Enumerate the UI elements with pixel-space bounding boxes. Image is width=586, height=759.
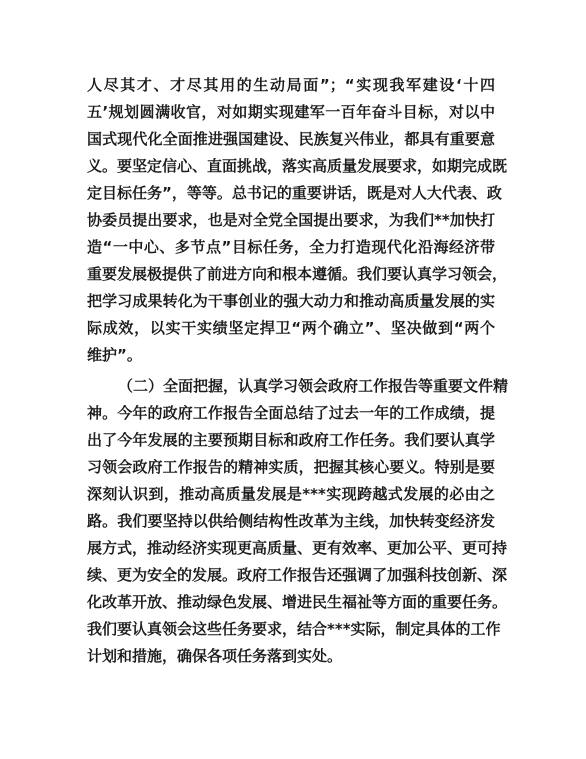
text-line: 计划和措施，确保各项任务落到实处。 [87, 643, 495, 670]
text-line: 国式现代化全面推进强国建设、民族复兴伟业，都具有重要意 [87, 126, 495, 153]
text-line: 义。要坚定信心、直面挑战，落实高质量发展要求，如期完成既 [87, 153, 495, 180]
text-line: 际成效，以实干实绩坚定捍卫“两个确立”、坚决做到“两个 [87, 315, 495, 342]
text-line: 续、更为安全的发展。政府工作报告还强调了加强科技创新、深 [87, 562, 495, 589]
text-line: 展方式，推动经济实现更高质量、更有效率、更加公平、更可持 [87, 535, 495, 562]
paragraph-2: （二）全面把握，认真学习领会政府工作报告等重要文件精 神。今年的政府工作报告全面… [87, 373, 495, 670]
text-line: 重要发展极提供了前进方向和根本遵循。我们要认真学习领会， [87, 261, 495, 288]
text-line: 深刻认识到，推动高质量发展是***实现跨越式发展的必由之 [87, 481, 495, 508]
text-line: 把学习成果转化为干事创业的强大动力和推动高质量发展的实 [87, 288, 495, 315]
text-line: 出了今年发展的主要预期目标和政府工作任务。我们要认真学 [87, 427, 495, 454]
paragraph-1: 人尽其才、才尽其用的生动局面”；“实现我军建设‘十四 五’规划圆满收官，对如期实… [87, 72, 495, 369]
text-line: 协委员提出要求，也是对全党全国提出要求，为我们**加快打 [87, 207, 495, 234]
text-line: 神。今年的政府工作报告全面总结了过去一年的工作成绩，提 [87, 400, 495, 427]
section-heading-line: （二）全面把握，认真学习领会政府工作报告等重要文件精 [87, 373, 495, 400]
text-line: 路。我们要坚持以供给侧结构性改革为主线，加快转变经济发 [87, 508, 495, 535]
text-line: 习领会政府工作报告的精神实质，把握其核心要义。特别是要 [87, 454, 495, 481]
document-page: 人尽其才、才尽其用的生动局面”；“实现我军建设‘十四 五’规划圆满收官，对如期实… [0, 0, 586, 759]
text-line: 定目标任务”，等等。总书记的重要讲话，既是对人大代表、政 [87, 180, 495, 207]
text-line: 造“一中心、多节点”目标任务，全力打造现代化沿海经济带 [87, 234, 495, 261]
text-line: 人尽其才、才尽其用的生动局面”；“实现我军建设‘十四 [87, 72, 495, 99]
text-line: 化改革开放、推动绿色发展、增进民生福祉等方面的重要任务。 [87, 589, 495, 616]
text-line: 五’规划圆满收官，对如期实现建军一百年奋斗目标，对以中 [87, 99, 495, 126]
text-line: 维护”。 [87, 342, 495, 369]
text-line: 我们要认真领会这些任务要求，结合***实际，制定具体的工作 [87, 616, 495, 643]
